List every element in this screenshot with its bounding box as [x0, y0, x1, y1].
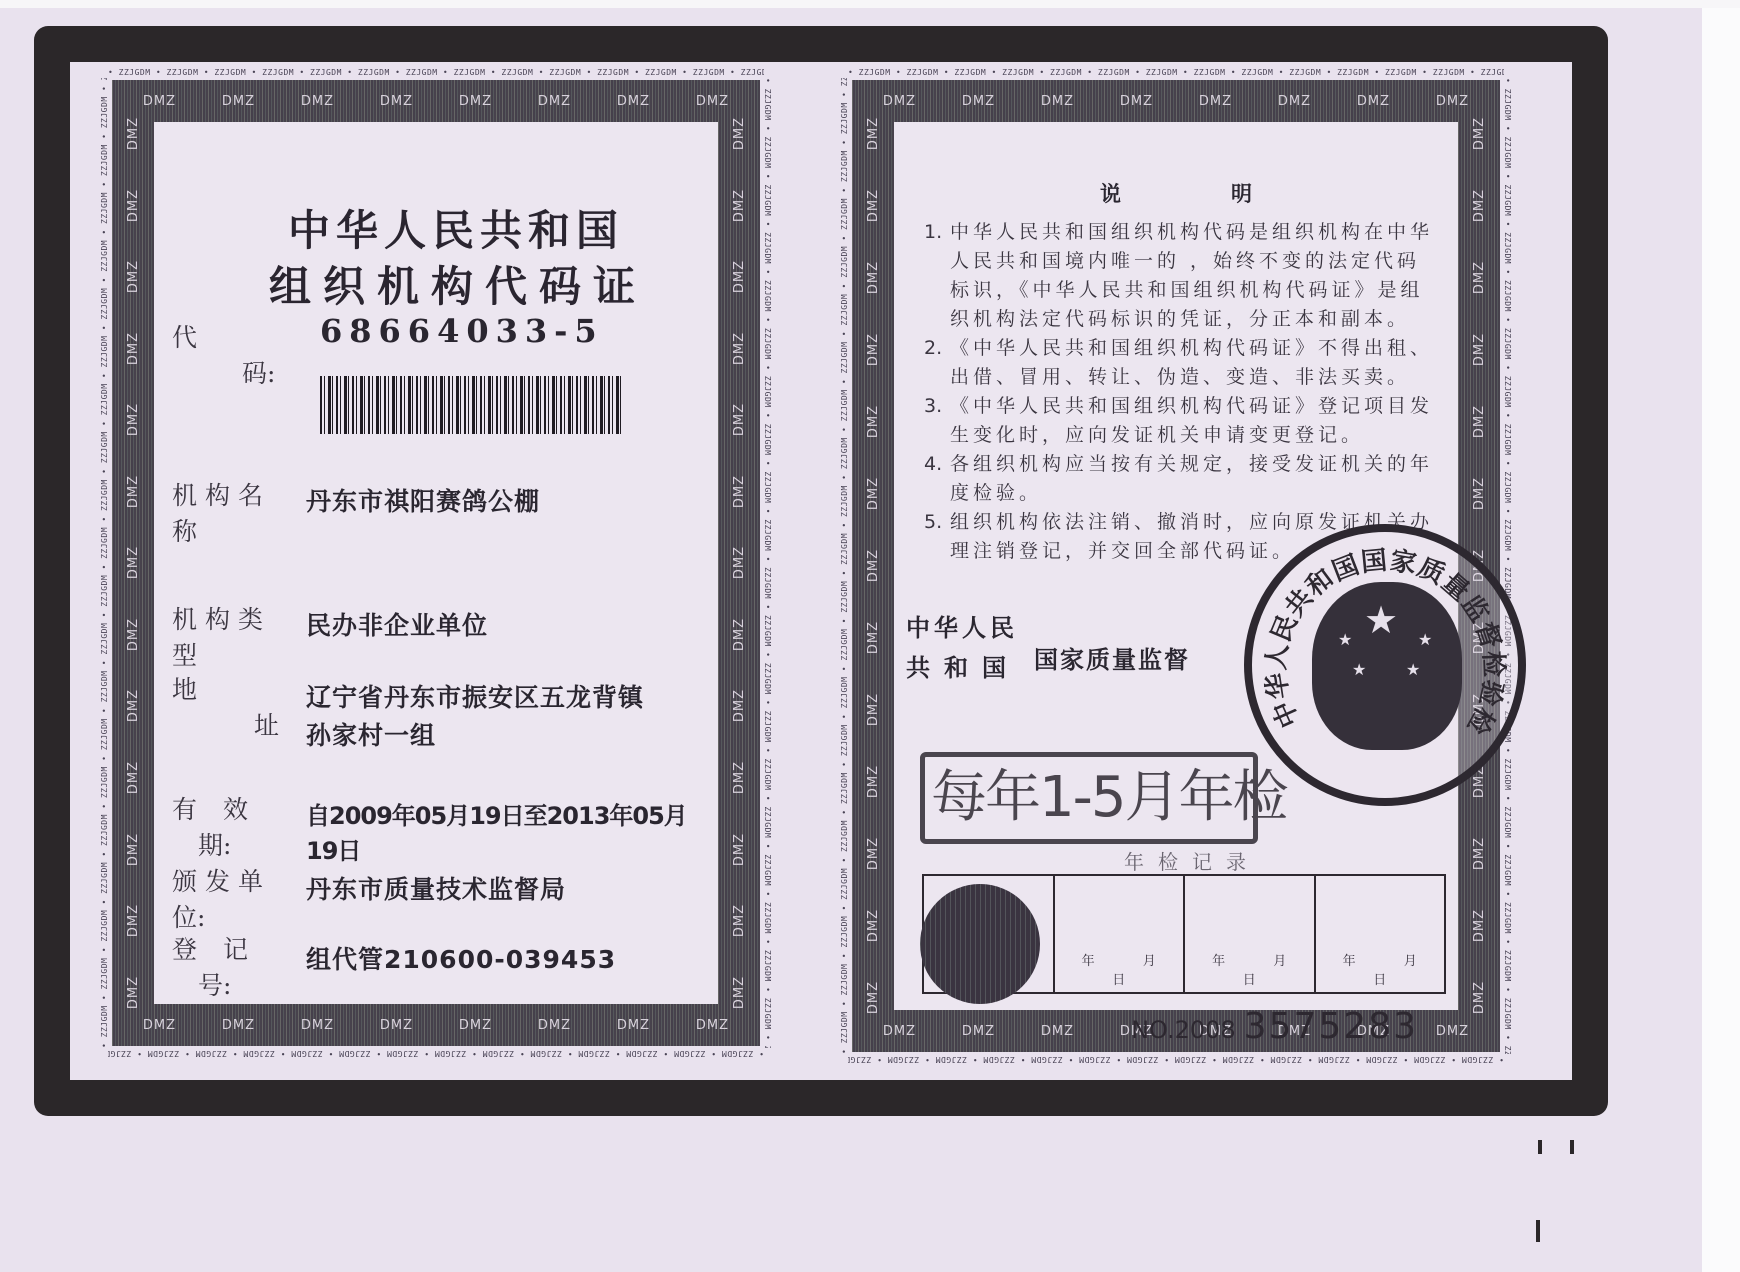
- dmz-watermark-column: DMZDMZDMZDMZDMZDMZDMZDMZDMZDMZDMZDMZDMZ: [718, 98, 760, 1028]
- note-item: 3.《中华人民共和国组织机构代码证》登记项目发生变化时，应向发证机关申请变更登记…: [924, 392, 1438, 450]
- validity-period: 自2009年05月19日至2013年05月19日: [306, 796, 718, 866]
- dmz-watermark: DMZ: [1472, 117, 1487, 150]
- star-icon: ★: [1418, 630, 1432, 649]
- dmz-watermark: DMZ: [617, 1018, 650, 1033]
- notes-list: 1.中华人民共和国组织机构代码是组织机构在中华人民共和国境内唯一的 ，始终不变的…: [924, 218, 1438, 566]
- dmz-watermark: DMZ: [732, 618, 747, 651]
- dmz-watermark: DMZ: [126, 403, 141, 436]
- dmz-watermark: DMZ: [732, 332, 747, 365]
- issuer-agency: 国家质量监督: [1034, 640, 1190, 675]
- record-cell: 年 月 日: [1316, 876, 1445, 992]
- note-item: 1.中华人民共和国组织机构代码是组织机构在中华人民共和国境内唯一的 ，始终不变的…: [924, 218, 1438, 334]
- dmz-watermark: DMZ: [126, 546, 141, 579]
- dmz-watermark-column: DMZDMZDMZDMZDMZDMZDMZDMZDMZDMZDMZDMZDMZ: [112, 98, 154, 1028]
- border-microtext: • ZZJGDM • ZZJGDM • ZZJGDM • ZZJGDM • ZZ…: [100, 78, 110, 1048]
- dmz-watermark: DMZ: [866, 837, 881, 870]
- official-seal: 中华人民共和国国家质量监督检验检疫总局 ★ ★ ★ ★ ★: [1244, 524, 1526, 806]
- dmz-watermark: DMZ: [617, 94, 650, 109]
- dmz-watermark: DMZ: [866, 693, 881, 726]
- dmz-watermark: DMZ: [732, 761, 747, 794]
- dmz-watermark: DMZ: [1357, 94, 1390, 109]
- code-label: 代码:: [172, 318, 292, 390]
- dmz-watermark: DMZ: [732, 475, 747, 508]
- national-emblem-icon: ★ ★ ★ ★ ★: [1312, 582, 1462, 750]
- dmz-watermark: DMZ: [732, 189, 747, 222]
- dmz-watermark: DMZ: [1472, 261, 1487, 294]
- issuer-label: 颁 发 单 位:: [172, 862, 292, 934]
- dmz-watermark: DMZ: [301, 94, 334, 109]
- dmz-watermark: DMZ: [866, 765, 881, 798]
- organization-name: 丹东市祺阳赛鸽公棚: [306, 482, 540, 518]
- dmz-watermark: DMZ: [126, 761, 141, 794]
- annual-inspection-stamp: 每年1-5月年检: [920, 752, 1258, 844]
- dmz-watermark: DMZ: [1199, 94, 1232, 109]
- dmz-watermark: DMZ: [732, 904, 747, 937]
- certificate-back-page: • ZZJGDM • ZZJGDM • ZZJGDM • ZZJGDM • ZZ…: [840, 68, 1512, 1064]
- dmz-watermark: DMZ: [126, 475, 141, 508]
- organization-code: 68664033-5: [320, 312, 604, 350]
- dmz-watermark: DMZ: [126, 976, 141, 1009]
- border-microtext: • ZZJGDM • ZZJGDM • ZZJGDM • ZZJGDM • ZZ…: [848, 1054, 1504, 1064]
- validity-label: 有效期:: [172, 790, 292, 862]
- dmz-watermark: DMZ: [1472, 981, 1487, 1014]
- address-line-2: 孙家村一组: [306, 716, 436, 752]
- dmz-watermark: DMZ: [222, 94, 255, 109]
- certificate-title-name: 组织机构代码证: [154, 254, 718, 314]
- certificate-front-page: • ZZJGDM • ZZJGDM • ZZJGDM • ZZJGDM • ZZ…: [100, 68, 772, 1058]
- org-type-label: 机 构 类 型: [172, 600, 292, 672]
- dmz-watermark: DMZ: [126, 117, 141, 150]
- inspection-seal: [920, 884, 1040, 1004]
- dmz-watermark: DMZ: [866, 621, 881, 654]
- certificate-back-body: 说明 1.中华人民共和国组织机构代码是组织机构在中华人民共和国境内唯一的 ，始终…: [894, 122, 1458, 1010]
- dmz-watermark: DMZ: [126, 618, 141, 651]
- dmz-watermark: DMZ: [1472, 405, 1487, 438]
- star-icon: ★: [1352, 660, 1366, 679]
- dmz-watermark: DMZ: [866, 549, 881, 582]
- dmz-watermark: DMZ: [301, 1018, 334, 1033]
- dmz-watermark: DMZ: [126, 332, 141, 365]
- inspection-record-title: 年检记录: [1124, 846, 1260, 875]
- scan-mark: [1538, 1140, 1542, 1154]
- border-microtext: • ZZJGDM • ZZJGDM • ZZJGDM • ZZJGDM • ZZ…: [848, 68, 1504, 78]
- record-cell: 年 月 日: [1055, 876, 1186, 992]
- dmz-watermark: DMZ: [1120, 94, 1153, 109]
- certificate-title-country: 中华人民共和国: [154, 198, 718, 258]
- dmz-watermark-row: DMZDMZDMZDMZDMZDMZDMZDMZ: [860, 80, 1492, 122]
- note-item: 4.各组织机构应当按有关规定，接受发证机关的年度检验。: [924, 450, 1438, 508]
- record-cell: 年 月 日: [924, 876, 1055, 992]
- dmz-watermark: DMZ: [866, 477, 881, 510]
- dmz-watermark: DMZ: [1041, 94, 1074, 109]
- scan-mark: [1536, 1220, 1540, 1242]
- dmz-watermark: DMZ: [732, 833, 747, 866]
- barcode: [320, 376, 622, 434]
- registration-number: 组代管210600-039453: [306, 940, 616, 976]
- organization-type: 民办非企业单位: [306, 606, 488, 642]
- star-icon: ★: [1364, 598, 1398, 642]
- dmz-watermark: DMZ: [126, 189, 141, 222]
- note-item: 2.《中华人民共和国组织机构代码证》不得出租、出借、冒用、转让、伪造、变造、非法…: [924, 334, 1438, 392]
- dmz-watermark: DMZ: [866, 189, 881, 222]
- issuing-authority: 丹东市质量技术监督局: [306, 870, 566, 906]
- record-date-label: 年 月 日: [1055, 950, 1184, 988]
- address-label: 地址: [172, 670, 292, 742]
- dmz-watermark: DMZ: [126, 904, 141, 937]
- serial-number: NO.20083575283: [1131, 1006, 1418, 1047]
- inspection-record-table: 年 月 日 年 月 日 年 月 日 年 月 日: [922, 874, 1446, 994]
- dmz-watermark: DMZ: [380, 94, 413, 109]
- registration-label: 登记号:: [172, 930, 292, 1002]
- dmz-watermark: DMZ: [732, 117, 747, 150]
- dmz-watermark: DMZ: [126, 260, 141, 293]
- dmz-watermark: DMZ: [126, 833, 141, 866]
- dmz-watermark: DMZ: [380, 1018, 413, 1033]
- dmz-watermark: DMZ: [538, 94, 571, 109]
- dmz-watermark: DMZ: [1278, 94, 1311, 109]
- dmz-watermark: DMZ: [732, 260, 747, 293]
- dmz-watermark: DMZ: [866, 405, 881, 438]
- dmz-watermark: DMZ: [1472, 477, 1487, 510]
- border-microtext: • ZZJGDM • ZZJGDM • ZZJGDM • ZZJGDM • ZZ…: [108, 68, 764, 78]
- scan-mark: [1570, 1140, 1574, 1154]
- record-cell: 年 月 日: [1185, 876, 1316, 992]
- dmz-watermark-row: DMZDMZDMZDMZDMZDMZDMZDMZ: [120, 80, 752, 122]
- issuer-country: 中华人民 共和国: [906, 608, 1020, 688]
- record-date-label: 年 月 日: [1185, 950, 1314, 988]
- address-line-1: 辽宁省丹东市振安区五龙背镇: [306, 678, 644, 714]
- dmz-watermark: DMZ: [1472, 189, 1487, 222]
- dmz-watermark: DMZ: [732, 403, 747, 436]
- border-microtext: • ZZJGDM • ZZJGDM • ZZJGDM • ZZJGDM • ZZ…: [108, 1048, 764, 1058]
- dmz-watermark: DMZ: [866, 117, 881, 150]
- star-icon: ★: [1406, 660, 1420, 679]
- dmz-watermark: DMZ: [732, 976, 747, 1009]
- dmz-watermark: DMZ: [1472, 837, 1487, 870]
- notes-heading: 说明: [894, 178, 1458, 208]
- dmz-watermark-column: DMZDMZDMZDMZDMZDMZDMZDMZDMZDMZDMZDMZDMZ: [852, 98, 894, 1034]
- org-name-label: 机 构 名 称: [172, 476, 292, 548]
- dmz-watermark-row: DMZDMZDMZDMZDMZDMZDMZDMZ: [120, 1004, 752, 1046]
- dmz-watermark: DMZ: [459, 1018, 492, 1033]
- dmz-watermark: DMZ: [866, 981, 881, 1014]
- dmz-watermark: DMZ: [962, 94, 995, 109]
- border-microtext: • ZZJGDM • ZZJGDM • ZZJGDM • ZZJGDM • ZZ…: [762, 78, 772, 1048]
- dmz-watermark: DMZ: [1472, 909, 1487, 942]
- dmz-watermark: DMZ: [459, 94, 492, 109]
- dmz-watermark: DMZ: [866, 909, 881, 942]
- dmz-watermark: DMZ: [538, 1018, 571, 1033]
- scan-edge: [0, 0, 1740, 8]
- border-microtext: • ZZJGDM • ZZJGDM • ZZJGDM • ZZJGDM • ZZ…: [840, 78, 850, 1054]
- record-date-label: 年 月 日: [1316, 950, 1445, 988]
- dmz-watermark: DMZ: [732, 689, 747, 722]
- dmz-watermark: DMZ: [866, 261, 881, 294]
- dmz-watermark: DMZ: [962, 1024, 995, 1039]
- dmz-watermark: DMZ: [222, 1018, 255, 1033]
- dmz-watermark: DMZ: [866, 333, 881, 366]
- certificate-body: 中华人民共和国 组织机构代码证 代码: 68664033-5 机 构 名 称 丹…: [154, 122, 718, 1004]
- dmz-watermark: DMZ: [1472, 333, 1487, 366]
- dmz-watermark: DMZ: [732, 546, 747, 579]
- star-icon: ★: [1338, 630, 1352, 649]
- dmz-watermark: DMZ: [1041, 1024, 1074, 1039]
- dmz-watermark: DMZ: [126, 689, 141, 722]
